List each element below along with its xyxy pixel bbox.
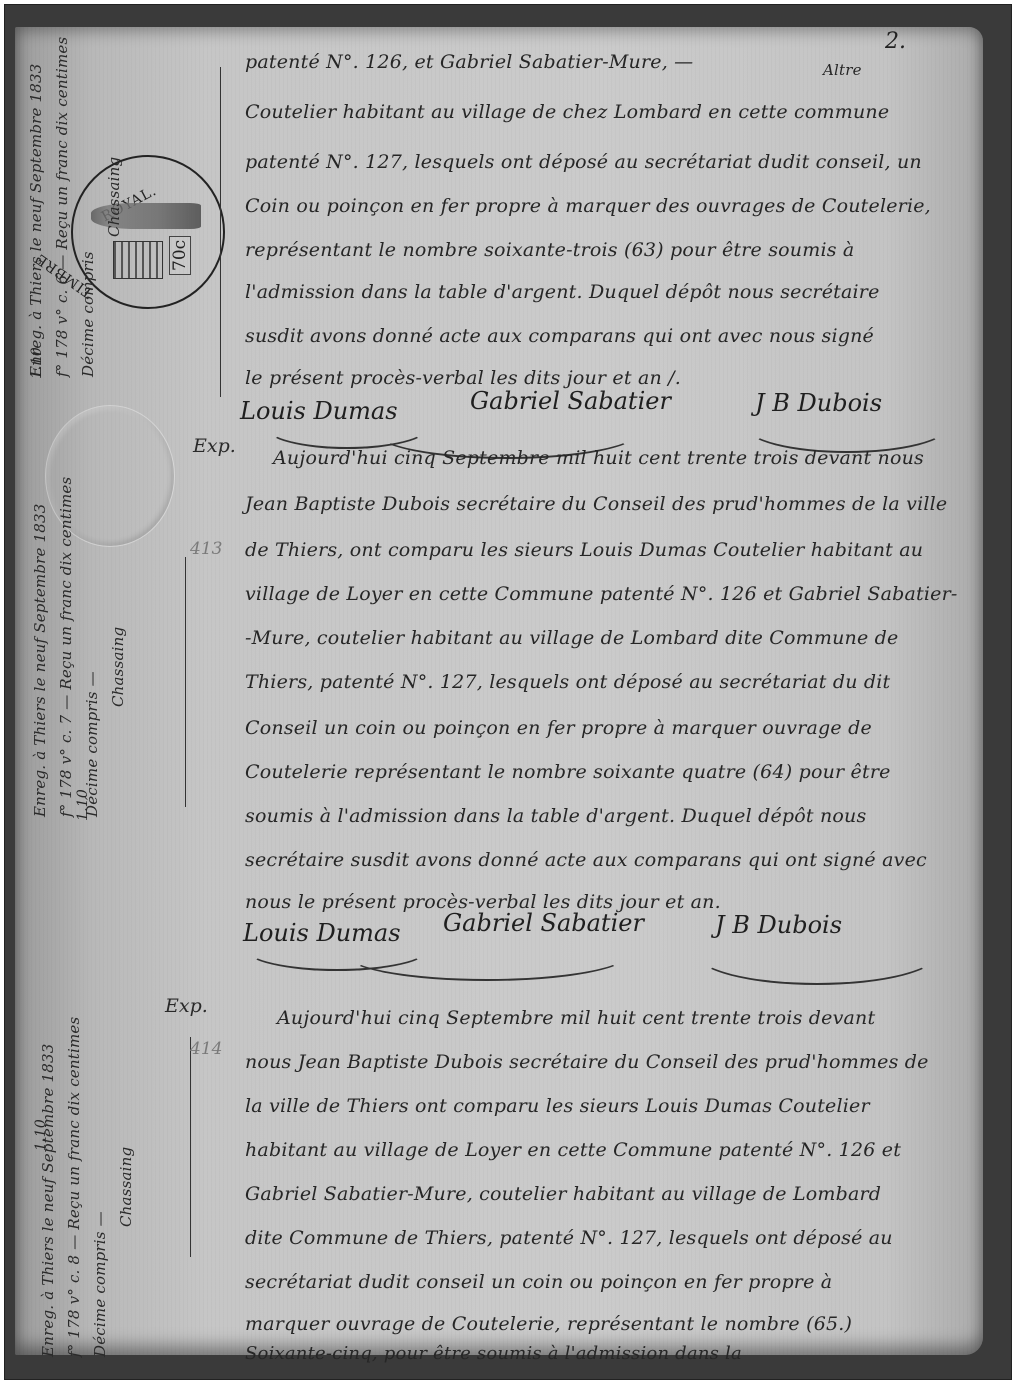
- entry2-line-7: Conseil un coin ou poinçon en fer propre…: [245, 717, 872, 739]
- entry3-line-4: habitant au village de Loyer en cette Co…: [245, 1139, 901, 1161]
- entry1-line-5: représentant le nombre soixante-trois (6…: [245, 239, 854, 261]
- top-right-note: Altre: [823, 61, 862, 79]
- margin-note-line: f° 178 v° c. 7 — Reçu un franc dix centi…: [53, 557, 79, 817]
- margin-note-line: f° 178 v° c. 6 — Reçu un franc dix centi…: [49, 47, 75, 377]
- entry3-line-8: marquer ouvrage de Coutelerie, représent…: [245, 1313, 852, 1335]
- manuscript-page: 2. Altre TIMBRE ROYAL. 70c Enreg. à Thie…: [15, 27, 983, 1355]
- signature-flourish: [345, 927, 629, 981]
- margin-note-signature: Chassaing: [113, 1057, 139, 1227]
- margin-rule: [220, 67, 221, 397]
- entry2-line-5: -Mure, coutelier habitant au village de …: [245, 627, 898, 649]
- margin-note-line: f° 178 v° c. 8 — Reçu un franc dix centi…: [61, 1057, 87, 1357]
- entry2-line-10: secrétaire susdit avons donné acte aux c…: [245, 849, 927, 871]
- entry1-line-6: l'admission dans la table d'argent. Duqu…: [245, 281, 880, 303]
- margin-note-line: Enreg. à Thiers le neuf Septembre 1833: [35, 1057, 61, 1357]
- entry1-line-7: susdit avons donné acte aux comparans qu…: [245, 325, 874, 347]
- signature-flourish: [695, 921, 939, 985]
- pencil-number-414: 414: [190, 1039, 222, 1059]
- entry3-line-1: Aujourd'hui cinq Septembre mil huit cent…: [277, 1007, 875, 1029]
- margin-fee-1: 1.10: [29, 347, 45, 379]
- margin-note-2: Enreg. à Thiers le neuf Septembre 1833 f…: [27, 557, 131, 817]
- stamp-value: 70c: [169, 236, 191, 275]
- entry1-line-2: Coutelier habitant au village de chez Lo…: [245, 101, 889, 123]
- entry1-line-5-text: représentant le nombre soixante-trois (6…: [245, 239, 854, 261]
- margin-note-signature: Chassaing: [105, 557, 131, 707]
- pencil-number-413: 413: [190, 539, 222, 559]
- entry2-line-1: Aujourd'hui cinq Septembre mil huit cent…: [273, 447, 924, 469]
- entry3-line-9: Soixante-cinq, pour être soumis à l'admi…: [245, 1343, 742, 1364]
- margin-fee-3: 1.10: [33, 1119, 49, 1151]
- entry2-line-8: Coutelerie représentant le nombre soixan…: [245, 761, 891, 783]
- scan-frame: 2. Altre TIMBRE ROYAL. 70c Enreg. à Thie…: [4, 4, 1012, 1380]
- entry2-line-9: soumis à l'admission dans la table d'arg…: [245, 805, 866, 827]
- entry1-line-3: patenté N°. 127, lesquels ont déposé au …: [245, 151, 922, 173]
- entry3-line-5: Gabriel Sabatier-Mure, coutelier habitan…: [245, 1183, 881, 1205]
- entry2-line-6: Thiers, patenté N°. 127, lesquels ont dé…: [245, 671, 890, 693]
- margin-note-signature: Chassaing: [101, 47, 127, 237]
- margin-note-line: Décime compris —: [79, 557, 105, 817]
- margin-note-line: Décime compris: [75, 47, 101, 377]
- margin-note-line: Enreg. à Thiers le neuf Septembre 1833: [23, 47, 49, 377]
- entry3-line-6: dite Commune de Thiers, patenté N°. 127,…: [245, 1227, 893, 1249]
- entry2-line-2: Jean Baptiste Dubois secrétaire du Conse…: [245, 493, 947, 515]
- margin-note-3: Enreg. à Thiers le neuf Septembre 1833 f…: [35, 1057, 139, 1357]
- margin-note-1: Enreg. à Thiers le neuf Septembre 1833 f…: [23, 47, 127, 377]
- entry2-line-4: village de Loyer en cette Commune patent…: [245, 583, 958, 605]
- margin-note-line: Enreg. à Thiers le neuf Septembre 1833: [27, 557, 53, 817]
- margin-rule: [190, 1037, 191, 1257]
- signature-flourish: [745, 399, 949, 453]
- entry3-line-7: secrétariat dudit conseil un coin ou poi…: [245, 1271, 832, 1293]
- exp-mark-1: Exp.: [193, 435, 236, 457]
- entry1-line-1: patenté N°. 126, et Gabriel Sabatier-Mur…: [245, 51, 693, 73]
- margin-fee-2: 1.10: [75, 789, 91, 821]
- entry1-line-4: Coin ou poinçon en fer propre à marquer …: [245, 195, 931, 217]
- entry2-line-3: de Thiers, ont comparu les sieurs Louis …: [245, 539, 923, 561]
- entry3-line-2: nous Jean Baptiste Dubois secrétaire du …: [245, 1051, 929, 1073]
- entry3-line-3: la ville de Thiers ont comparu les sieur…: [245, 1095, 870, 1117]
- margin-note-line: Décime compris —: [87, 1057, 113, 1357]
- margin-rule: [185, 557, 186, 807]
- entry1-line-8: le présent procès-verbal les dits jour e…: [245, 367, 681, 389]
- page-number: 2.: [885, 29, 906, 54]
- exp-mark-2: Exp.: [165, 995, 208, 1017]
